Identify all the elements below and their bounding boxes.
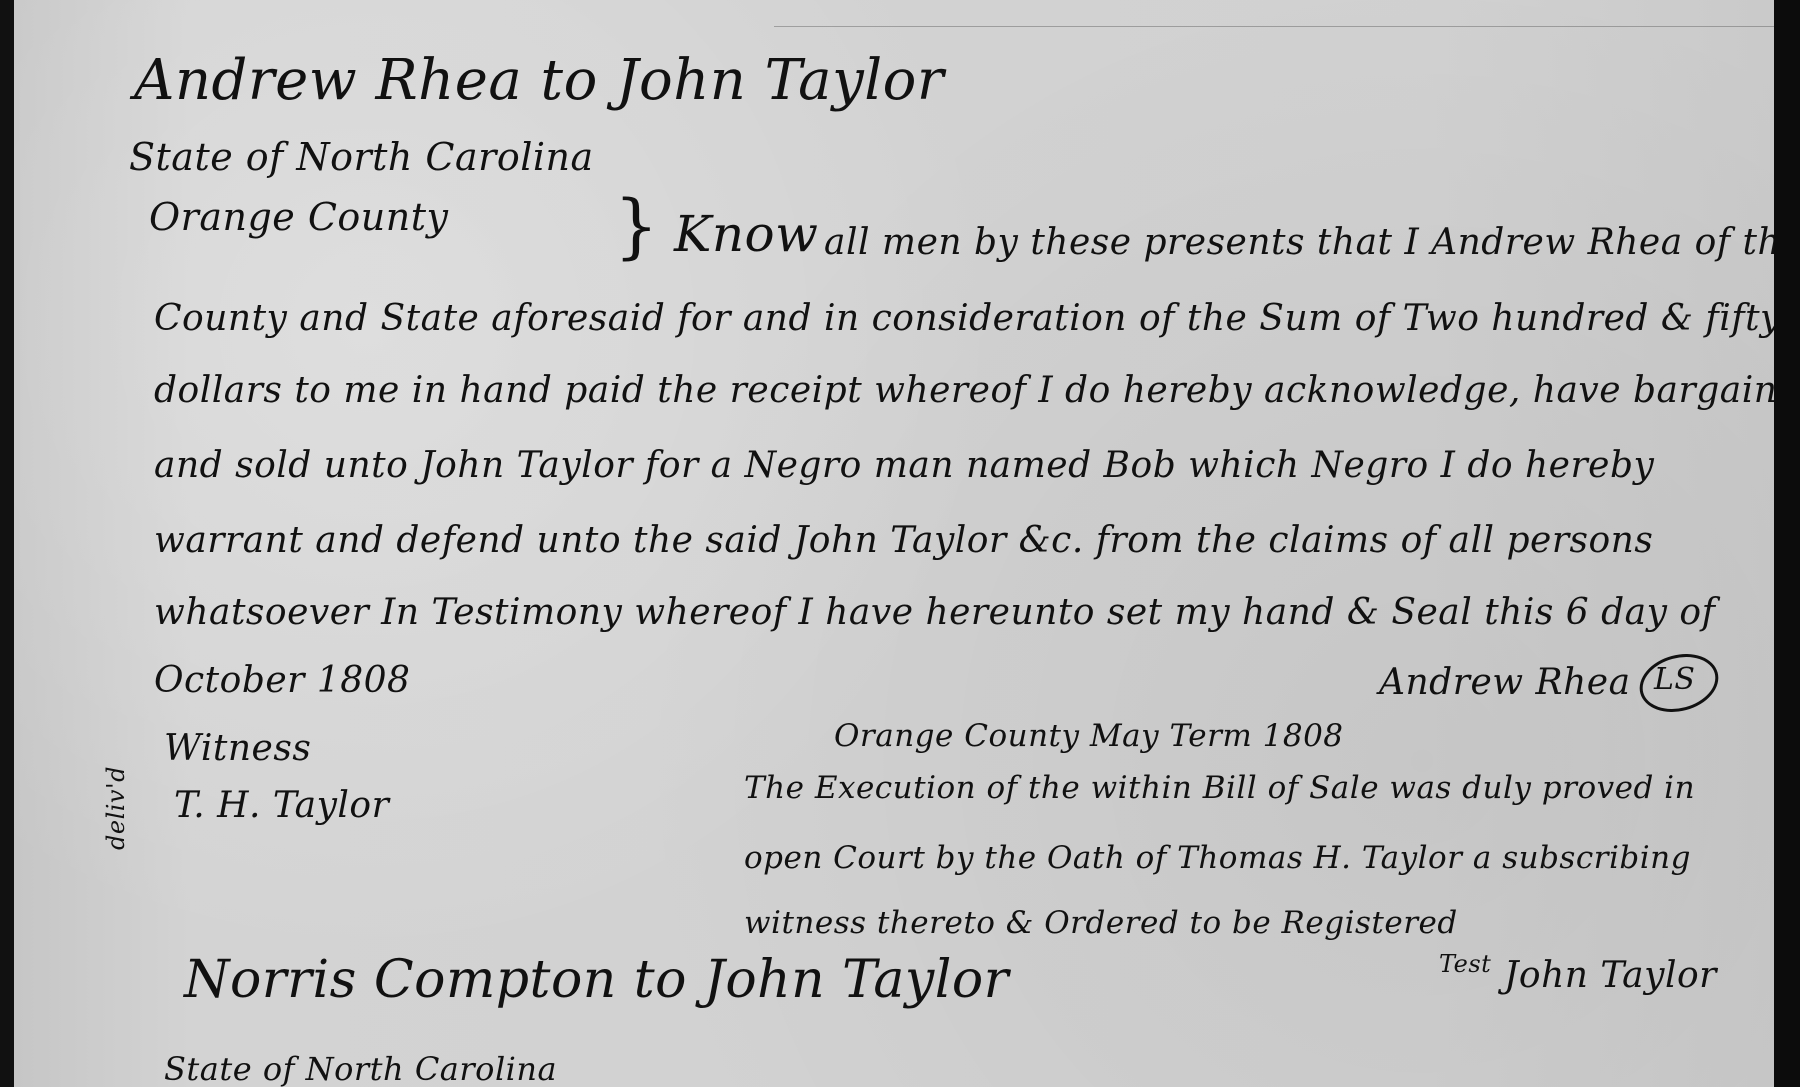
next-entry-heading: Norris Compton to John Taylor [184, 950, 1009, 1010]
body-line-3: dollars to me in hand paid the receipt w… [154, 370, 1800, 411]
witness-name: T. H. Taylor [174, 785, 389, 826]
body-line-4: and sold unto John Taylor for a Negro ma… [154, 445, 1654, 486]
court-heading: Orange County May Term 1808 [834, 718, 1344, 754]
court-line-2: open Court by the Oath of Thomas H. Tayl… [744, 840, 1691, 876]
court-line-3: witness thereto & Ordered to be Register… [744, 905, 1458, 941]
body-line-6: whatsoever In Testimony whereof I have h… [154, 592, 1715, 633]
brace-mark: } [614, 185, 659, 267]
ledger-rule [774, 26, 1774, 27]
deed-heading: Andrew Rhea to John Taylor [134, 48, 944, 113]
state-line: State of North Carolina [129, 135, 594, 179]
next-entry-state-line: State of North Carolina [164, 1050, 557, 1087]
body-line-1: all men by these presents that I Andrew … [824, 222, 1800, 263]
date-line: October 1808 [154, 660, 410, 701]
opening-word: Know [674, 205, 818, 263]
clerk-signature: John Taylor [1504, 955, 1717, 996]
ledger-page: Andrew Rhea to John Taylor State of Nort… [14, 0, 1774, 1087]
scan-right-edge [1774, 0, 1800, 1087]
body-line-5: warrant and defend unto the said John Ta… [154, 520, 1653, 561]
seal-label: LS [1654, 662, 1695, 697]
witness-label: Witness [164, 728, 311, 769]
court-line-1: The Execution of the within Bill of Sale… [744, 770, 1695, 806]
margin-note: deliv'd [102, 766, 130, 850]
body-line-2: County and State aforesaid for and in co… [154, 298, 1781, 339]
county-line: Orange County [149, 195, 448, 239]
attest-label: Test [1439, 950, 1491, 978]
scan-left-edge [0, 0, 14, 1087]
seller-signature: Andrew Rhea [1379, 662, 1631, 703]
